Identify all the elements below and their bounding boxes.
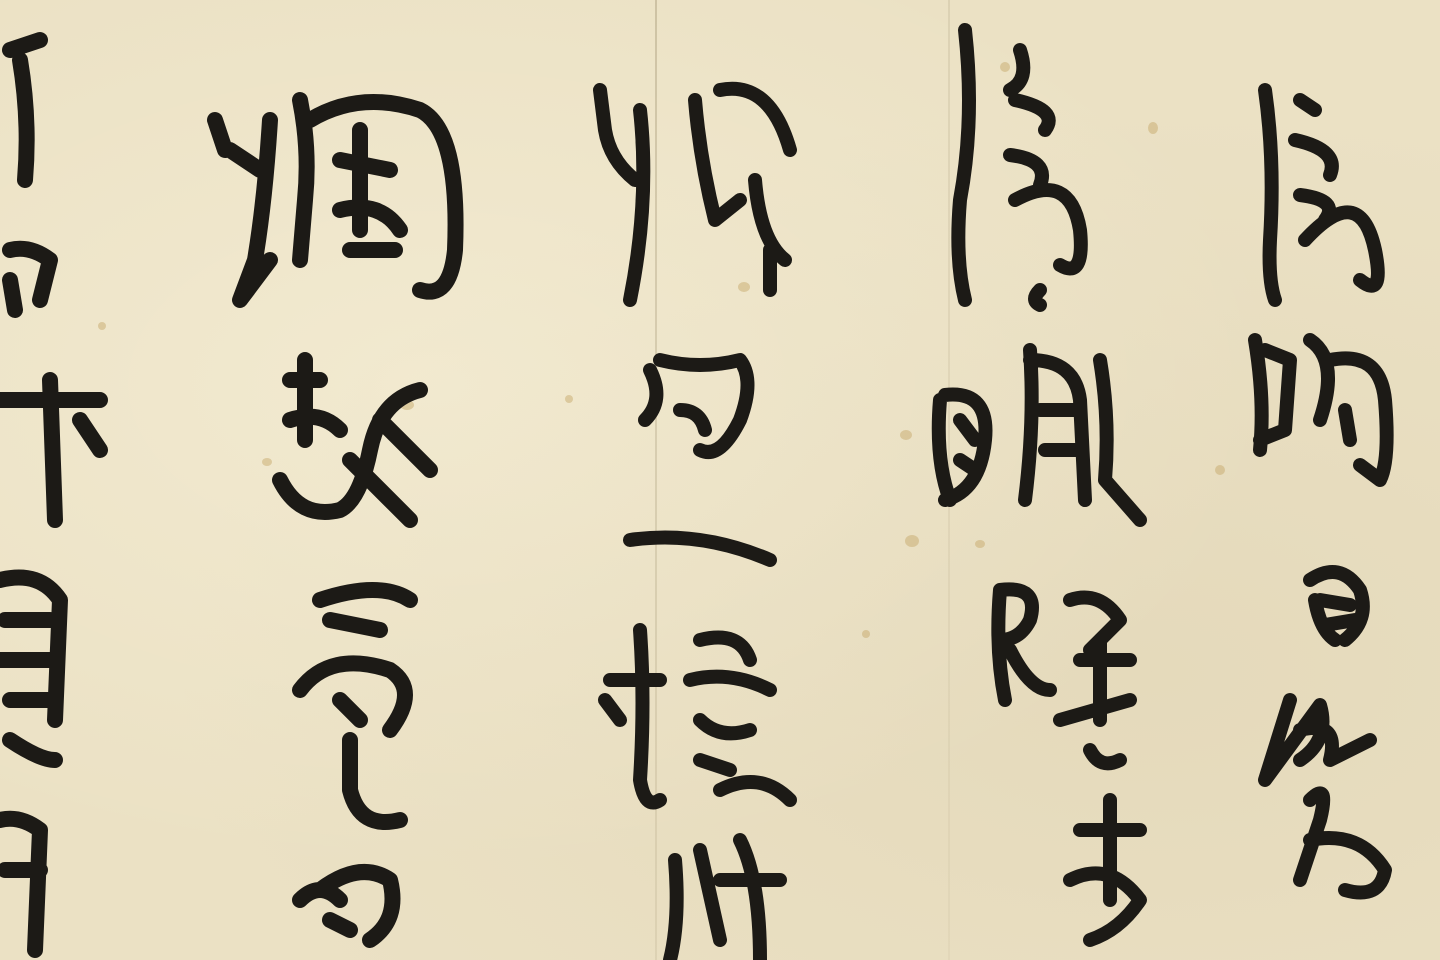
column-center-left [215,100,456,940]
column-center [600,89,790,960]
column-left-edge [0,40,100,950]
column-right [1255,90,1387,893]
calligraphy-ink-strokes [0,0,1440,960]
calligraphy-scroll [0,0,1440,960]
column-center-right [939,30,1140,940]
